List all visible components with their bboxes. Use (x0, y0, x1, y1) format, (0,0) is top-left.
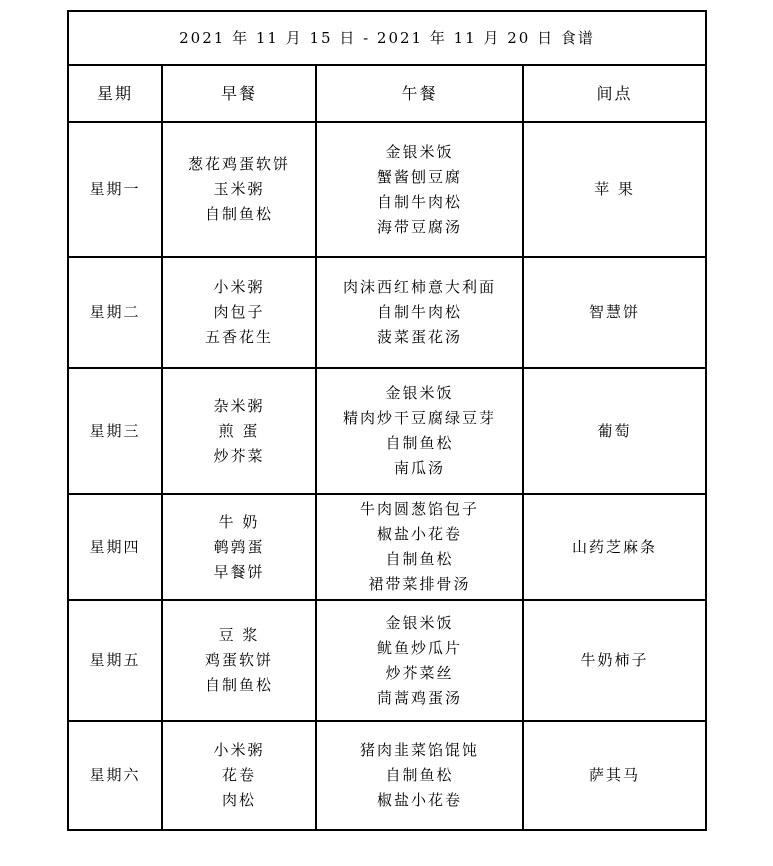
lunch-cell: 金银米饭 精肉炒干豆腐绿豆芽 自制鱼松 南瓜汤 (316, 368, 523, 494)
document-page: 2021 年 11 月 15 日 - 2021 年 11 月 20 日 食谱 星… (0, 0, 773, 866)
lunch-cell: 金银米饭 蟹酱刨豆腐 自制牛肉松 海带豆腐汤 (316, 122, 523, 257)
table-row-wednesday: 星期三 杂米粥 煎 蛋 炒芥菜 金银米饭 精肉炒干豆腐绿豆芽 自制鱼松 南瓜汤 … (68, 368, 706, 494)
table-row-saturday: 星期六 小米粥 花卷 肉松 猪肉韭菜馅馄饨 自制鱼松 椒盐小花卷 萨其马 (68, 721, 706, 830)
table-title: 2021 年 11 月 15 日 - 2021 年 11 月 20 日 食谱 (68, 11, 706, 65)
snack-cell: 智慧饼 (523, 257, 706, 368)
title-row: 2021 年 11 月 15 日 - 2021 年 11 月 20 日 食谱 (68, 11, 706, 65)
day-cell: 星期六 (68, 721, 162, 830)
table-row-thursday: 星期四 牛 奶 鹌鹑蛋 早餐饼 牛肉圆葱馅包子 椒盐小花卷 自制鱼松 裙带菜排骨… (68, 494, 706, 600)
column-header-breakfast: 早餐 (162, 65, 316, 122)
lunch-cell: 金银米饭 鱿鱼炒瓜片 炒芥菜丝 茼蒿鸡蛋汤 (316, 600, 523, 721)
breakfast-cell: 豆 浆 鸡蛋软饼 自制鱼松 (162, 600, 316, 721)
header-row: 星期 早餐 午餐 间点 (68, 65, 706, 122)
snack-cell: 牛奶柿子 (523, 600, 706, 721)
day-cell: 星期三 (68, 368, 162, 494)
lunch-cell: 肉沫西红柿意大利面 自制牛肉松 菠菜蛋花汤 (316, 257, 523, 368)
breakfast-cell: 杂米粥 煎 蛋 炒芥菜 (162, 368, 316, 494)
column-header-lunch: 午餐 (316, 65, 523, 122)
day-cell: 星期二 (68, 257, 162, 368)
breakfast-cell: 葱花鸡蛋软饼 玉米粥 自制鱼松 (162, 122, 316, 257)
snack-cell: 萨其马 (523, 721, 706, 830)
day-cell: 星期四 (68, 494, 162, 600)
column-header-snack: 间点 (523, 65, 706, 122)
menu-table: 2021 年 11 月 15 日 - 2021 年 11 月 20 日 食谱 星… (67, 10, 707, 831)
menu-table-container: 2021 年 11 月 15 日 - 2021 年 11 月 20 日 食谱 星… (67, 10, 707, 831)
breakfast-cell: 小米粥 花卷 肉松 (162, 721, 316, 830)
lunch-cell: 牛肉圆葱馅包子 椒盐小花卷 自制鱼松 裙带菜排骨汤 (316, 494, 523, 600)
column-header-day: 星期 (68, 65, 162, 122)
day-cell: 星期五 (68, 600, 162, 721)
table-row-tuesday: 星期二 小米粥 肉包子 五香花生 肉沫西红柿意大利面 自制牛肉松 菠菜蛋花汤 智… (68, 257, 706, 368)
table-row-friday: 星期五 豆 浆 鸡蛋软饼 自制鱼松 金银米饭 鱿鱼炒瓜片 炒芥菜丝 茼蒿鸡蛋汤 … (68, 600, 706, 721)
day-cell: 星期一 (68, 122, 162, 257)
breakfast-cell: 小米粥 肉包子 五香花生 (162, 257, 316, 368)
lunch-cell: 猪肉韭菜馅馄饨 自制鱼松 椒盐小花卷 (316, 721, 523, 830)
breakfast-cell: 牛 奶 鹌鹑蛋 早餐饼 (162, 494, 316, 600)
snack-cell: 葡萄 (523, 368, 706, 494)
snack-cell: 山药芝麻条 (523, 494, 706, 600)
table-row-monday: 星期一 葱花鸡蛋软饼 玉米粥 自制鱼松 金银米饭 蟹酱刨豆腐 自制牛肉松 海带豆… (68, 122, 706, 257)
snack-cell: 苹 果 (523, 122, 706, 257)
